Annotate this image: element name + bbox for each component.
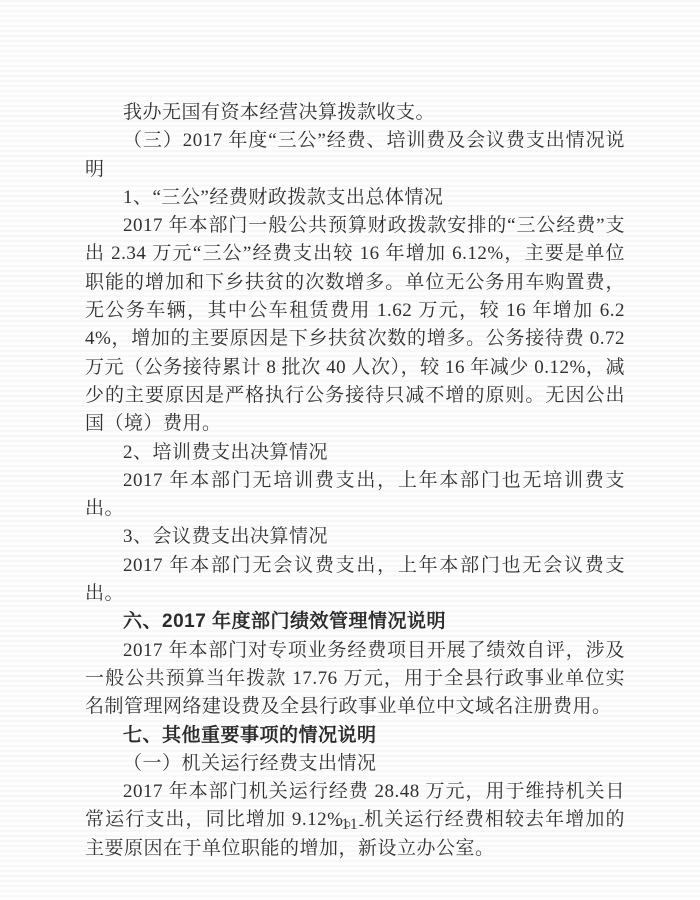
document-body: 我办无国有资本经营决算拨款收支。 （三）2017 年度“三公”经费、培训费及会议… bbox=[85, 99, 625, 863]
heading-section-6-performance: 六、2017 年度部门绩效管理情况说明 bbox=[85, 608, 625, 636]
paragraph-no-state-capital: 我办无国有资本经营决算拨款收支。 bbox=[85, 99, 625, 127]
paragraph-performance-detail: 2017 年本部门对专项业务经费项目开展了绩效自评，涉及一般公共预算当年拨款 1… bbox=[85, 637, 625, 722]
page-footer: -11- bbox=[0, 816, 700, 834]
paragraph-training-expense: 2017 年本部门无培训费支出，上年本部门也无培训费支出。 bbox=[85, 467, 625, 524]
subheading-1-three-public-overview: 1、“三公”经费财政拨款支出总体情况 bbox=[85, 184, 625, 212]
paragraph-three-public-detail: 2017 年本部门一般公共预算财政拨款安排的“三公经费”支出 2.34 万元“三… bbox=[85, 212, 625, 438]
subheading-1-operating-expense: （一）机关运行经费支出情况 bbox=[85, 750, 625, 778]
heading-section-7-other-matters: 七、其他重要事项的情况说明 bbox=[85, 722, 625, 750]
subheading-section-3-three-public-funds: （三）2017 年度“三公”经费、培训费及会议费支出情况说明 bbox=[85, 127, 625, 184]
subheading-2-training-expense: 2、培训费支出决算情况 bbox=[85, 439, 625, 467]
page-number: -11- bbox=[335, 816, 365, 833]
paragraph-meeting-expense: 2017 年本部门无会议费支出，上年本部门也无会议费支出。 bbox=[85, 552, 625, 609]
document-page: 我办无国有资本经营决算拨款收支。 （三）2017 年度“三公”经费、培训费及会议… bbox=[0, 0, 700, 900]
subheading-3-meeting-expense: 3、会议费支出决算情况 bbox=[85, 523, 625, 551]
